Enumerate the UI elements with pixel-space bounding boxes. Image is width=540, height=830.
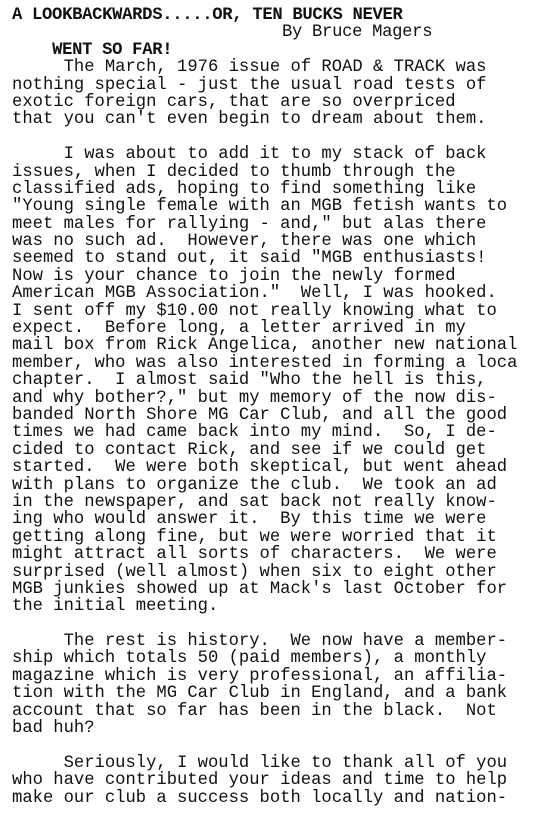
text-line: Seriously, I would like to thank all of … — [12, 755, 517, 772]
text-line: was no such ad. However, there was one w… — [12, 233, 517, 250]
text-line: ship which totals 50 (paid members), a m… — [12, 650, 517, 667]
text-line: MGB junkies showed up at Mack's last Oct… — [12, 581, 517, 598]
text-line: in the newspaper, and sat back not reall… — [12, 494, 517, 511]
article-body: The March, 1976 issue of ROAD & TRACK wa… — [12, 59, 517, 807]
text-line: I sent off my $10.00 not really knowing … — [12, 303, 517, 320]
text-line: mail box from Rick Angelica, another new… — [12, 337, 517, 354]
text-line: expect. Before long, a letter arrived in… — [12, 320, 517, 337]
article-byline: By Bruce Magers — [282, 24, 432, 41]
paragraph: Seriously, I would like to thank all of … — [12, 755, 517, 807]
text-line: that you can't even begin to dream about… — [12, 111, 517, 128]
article-title-line-1: A LOOKBACKWARDS.....OR, TEN BUCKS NEVER — [12, 7, 517, 24]
paragraph: The March, 1976 issue of ROAD & TRACK wa… — [12, 59, 517, 129]
text-line: and why bother?," but my memory of the n… — [12, 390, 517, 407]
text-line: "Young single female with an MGB fetish … — [12, 198, 517, 215]
article-title-line-2: WENT SO FAR! By Bruce Magers — [12, 24, 517, 41]
text-line: with plans to organize the club. We took… — [12, 477, 517, 494]
text-line: exotic foreign cars, that are so overpri… — [12, 94, 517, 111]
text-line: meet males for rallying - and," but alas… — [12, 216, 517, 233]
text-line: started. We were both skeptical, but wen… — [12, 459, 517, 476]
text-line: I was about to add it to my stack of bac… — [12, 146, 517, 163]
text-line: make our club a success both locally and… — [12, 790, 517, 807]
text-line: member, who was also interested in formi… — [12, 355, 517, 372]
text-line: The rest is history. We now have a membe… — [12, 633, 517, 650]
text-line: tion with the MG Car Club in England, an… — [12, 685, 517, 702]
text-line: times we had came back into my mind. So,… — [12, 424, 517, 441]
text-line: nothing special - just the usual road te… — [12, 77, 517, 94]
document-page: A LOOKBACKWARDS.....OR, TEN BUCKS NEVER … — [12, 7, 517, 807]
text-line: Now is your chance to join the newly for… — [12, 268, 517, 285]
text-line: American MGB Association." Well, I was h… — [12, 285, 517, 302]
text-line: ing who would answer it. By this time we… — [12, 511, 517, 528]
text-line: cided to contact Rick, and see if we cou… — [12, 442, 517, 459]
article-title-continued: WENT SO FAR! — [52, 41, 172, 60]
paragraph: I was about to add it to my stack of bac… — [12, 146, 517, 616]
text-line: surprised (well almost) when six to eigh… — [12, 564, 517, 581]
text-line: bad huh? — [12, 720, 517, 737]
text-line: chapter. I almost said "Who the hell is … — [12, 372, 517, 389]
text-line: the initial meeting. — [12, 598, 517, 615]
text-line: who have contributed your ideas and time… — [12, 772, 517, 789]
text-line: might attract all sorts of characters. W… — [12, 546, 517, 563]
text-line: getting along fine, but we were worried … — [12, 529, 517, 546]
spacer — [12, 129, 517, 146]
text-line: banded North Shore MG Car Club, and all … — [12, 407, 517, 424]
paragraph: The rest is history. We now have a membe… — [12, 633, 517, 737]
spacer — [12, 616, 517, 633]
text-line: issues, when I decided to thumb through … — [12, 164, 517, 181]
text-line: The March, 1976 issue of ROAD & TRACK wa… — [12, 59, 517, 76]
text-line: account that so far has been in the blac… — [12, 703, 517, 720]
text-line: seemed to stand out, it said "MGB enthus… — [12, 250, 517, 267]
text-line: magazine which is very professional, an … — [12, 668, 517, 685]
spacer — [12, 737, 517, 754]
text-line: classified ads, hoping to find something… — [12, 181, 517, 198]
